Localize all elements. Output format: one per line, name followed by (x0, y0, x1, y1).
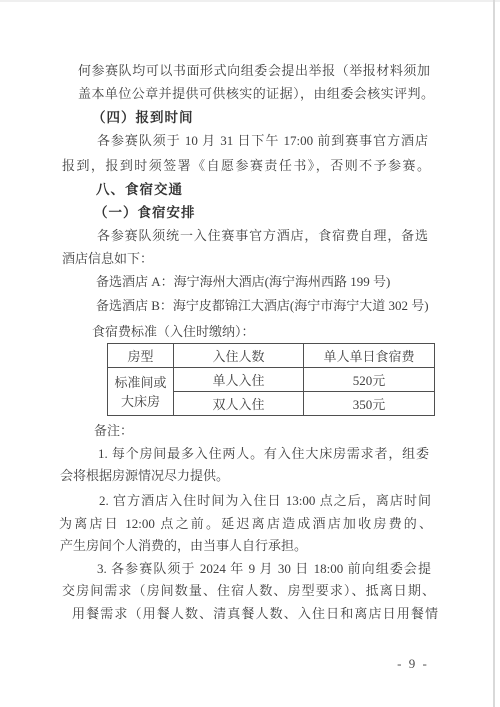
room-rate-table: 房型 入住人数 单人单日食宿费 标准间或大床房 单人入住 520元 双人入住 3… (107, 343, 435, 416)
text-line: 备选酒店 A：海宁海州大酒店(海宁海州西路 199 号) (96, 270, 390, 293)
heading-line: （一）食宿安排 (94, 201, 196, 224)
text-line: 食宿费标准（入住时缴纳）： (92, 320, 255, 343)
heading-line: 八、食宿交通 (96, 178, 183, 201)
text-line: 备选酒店 B：海宁皮都锦江大酒店(海宁市海宁大道 302 号) (96, 294, 429, 317)
table-header-occupancy: 入住人数 (174, 344, 304, 368)
text-line: 备注： (94, 419, 133, 442)
text-line: 2. 官方酒店入住时间为入住日 13:00 点之后，离店时间 (99, 489, 431, 512)
text-line: 酒店信息如下： (62, 247, 153, 270)
table-row: 标准间或大床房 单人入住 520元 (108, 368, 435, 392)
text-line: 1. 每个房间最多入住两人。有入住大床房需求者，组委 (98, 442, 429, 465)
table-header-rate: 单人单日食宿费 (304, 344, 435, 368)
text-line: 何参赛队均可以书面形式向组委会提出举报（举报材料须加 (78, 59, 430, 82)
table-cell-rate-double: 350元 (304, 392, 435, 416)
text-line: 各参赛队须于 10 月 31 日下午 17:00 前到赛事官方酒店 (97, 129, 428, 152)
page-number: - 9 - (383, 652, 443, 675)
text-line: 交房间需求（房间数量、住宿人数、房型要求）、抵离日期、 (62, 579, 435, 602)
text-line: 报到，报到时须签署《自愿参赛责任书》，否则不予参赛。 (62, 154, 430, 177)
text-line: 用餐需求（用餐人数、清真餐人数、入住日和离店日用餐情 (72, 602, 438, 625)
document-page: 何参赛队均可以书面形式向组委会提出举报（举报材料须加盖本单位公章并提供可供核实的… (0, 0, 500, 707)
table-cell-occupancy-double: 双人入住 (174, 392, 304, 416)
text-line: 产生房间个人消费的，由当事人自行承担。 (60, 534, 307, 557)
scan-edge-top (0, 0, 500, 2)
text-line: 盖本单位公章并提供可供核实的证据），由组委会核实评判。 (78, 82, 434, 105)
scan-edge-right (493, 0, 495, 707)
heading-line: （四）报到时间 (92, 106, 194, 129)
table-header-room-type: 房型 (108, 344, 174, 368)
table-cell-occupancy-single: 单人入住 (174, 368, 304, 392)
text-line: 为离店日 12:00 点之前。延迟离店造成酒店加收房费的、 (59, 512, 432, 535)
table-cell-rate-single: 520元 (304, 368, 435, 392)
text-line: 3. 各参赛队须于 2024 年 9 月 30 日 18:00 前向组委会提 (97, 557, 431, 580)
table-cell-room-type: 标准间或大床房 (108, 368, 174, 416)
text-line: 各参赛队须统一入住赛事官方酒店，食宿费自理，备选 (97, 224, 428, 247)
table-header-row: 房型 入住人数 单人单日食宿费 (108, 344, 435, 368)
text-line: 会将根据房源情况尽力提供。 (60, 464, 229, 487)
